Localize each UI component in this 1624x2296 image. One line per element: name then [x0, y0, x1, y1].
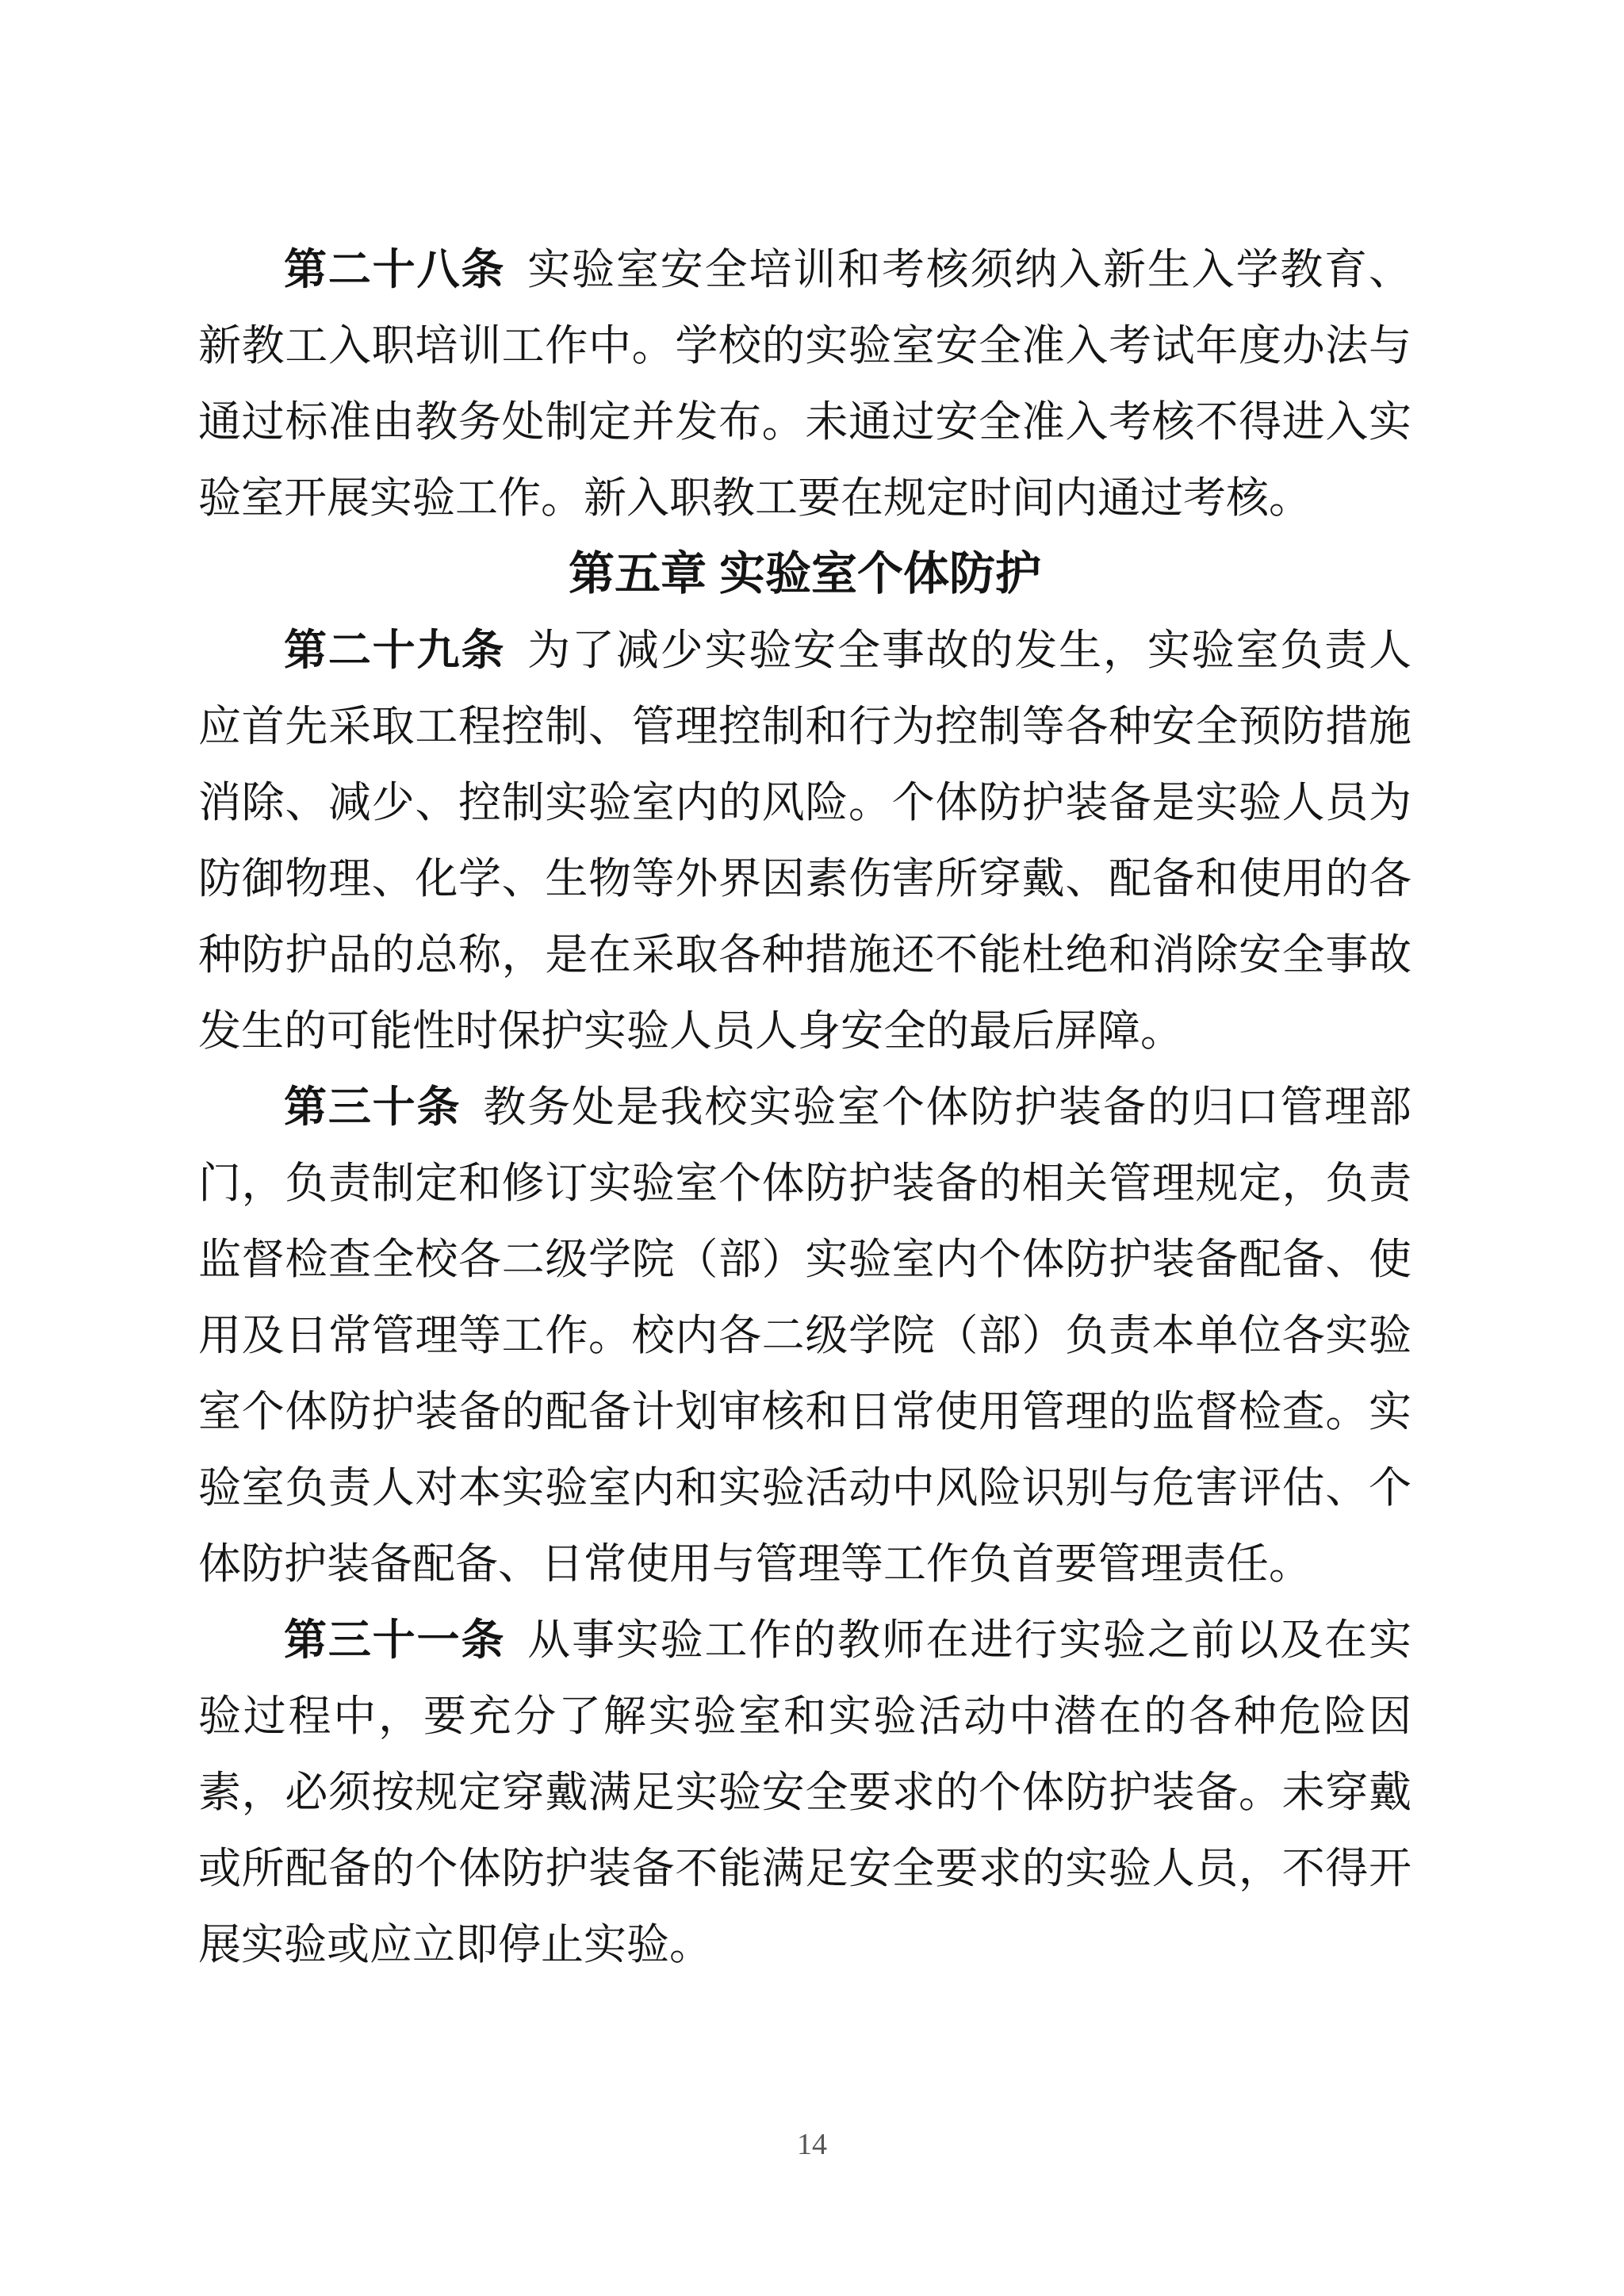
text-line: 通过标准由教务处制定并发布。未通过安全准入考核不得进入实 — [198, 384, 1411, 460]
text-line: 新教工入职培训工作中。学校的实验室安全准入考试年度办法与 — [198, 308, 1411, 384]
article-30-paragraph: 第三十条教务处是我校实验室个体防护装备的归口管理部门，负责制定和修订实验室个体防… — [198, 1069, 1411, 1602]
text-line: 用及日常管理等工作。校内各二级学院（部）负责本单位各实验 — [198, 1297, 1411, 1374]
text-line: 体防护装备配备、日常使用与管理等工作负首要管理责任。 — [198, 1526, 1411, 1602]
page-number: 14 — [797, 2128, 827, 2161]
text-line: 验过程中，要充分了解实验室和实验活动中潜在的各种危险因 — [198, 1678, 1411, 1754]
text-line: 验室负责人对本实验室内和实验活动中风险识别与危害评估、个 — [198, 1450, 1411, 1526]
text-line: 种防护品的总称，是在采取各种措施还不能杜绝和消除安全事故 — [198, 917, 1411, 993]
page-footer: 14 — [0, 2127, 1624, 2162]
text-line: 应首先采取工程控制、管理控制和行为控制等各种安全预防措施 — [198, 688, 1411, 765]
text-line: 监督检查全校各二级学院（部）实验室内个体防护装备配备、使 — [198, 1221, 1411, 1297]
article-29-paragraph: 第二十九条为了减少实验安全事故的发生，实验室负责人应首先采取工程控制、管理控制和… — [198, 612, 1411, 1069]
text-line: 发生的可能性时保护实验人员人身安全的最后屏障。 — [198, 993, 1411, 1069]
text-line: 防御物理、化学、生物等外界因素伤害所穿戴、配备和使用的各 — [198, 841, 1411, 917]
text-line: 或所配备的个体防护装备不能满足安全要求的实验人员，不得开 — [198, 1830, 1411, 1907]
text-line: 第三十一条从事实验工作的教师在进行实验之前以及在实 — [198, 1602, 1411, 1678]
text-line: 验室开展实验工作。新入职教工要在规定时间内通过考核。 — [198, 460, 1411, 536]
document-page: 第二十八条实验室安全培训和考核须纳入新生入学教育、新教工入职培训工作中。学校的实… — [0, 0, 1624, 2296]
text-line: 第三十条教务处是我校实验室个体防护装备的归口管理部 — [198, 1069, 1411, 1145]
text-line: 素，必须按规定穿戴满足实验安全要求的个体防护装备。未穿戴 — [198, 1754, 1411, 1830]
line-text: 从事实验工作的教师在进行实验之前以及在实 — [527, 1616, 1411, 1664]
article-number: 第三十一条 — [284, 1616, 505, 1664]
line-text: 为了减少实验安全事故的发生，实验室负责人 — [527, 627, 1411, 674]
text-line: 门，负责制定和修订实验室个体防护装备的相关管理规定，负责 — [198, 1145, 1411, 1221]
text-line: 消除、减少、控制实验室内的风险。个体防护装备是实验人员为 — [198, 765, 1411, 841]
text-line: 第二十八条实验室安全培训和考核须纳入新生入学教育、 — [198, 232, 1411, 308]
article-number: 第二十八条 — [284, 246, 505, 293]
text-line: 室个体防护装备的配备计划审核和日常使用管理的监督检查。实 — [198, 1374, 1411, 1450]
chapter-5-heading: 第五章 实验室个体防护 — [198, 536, 1411, 612]
article-28-paragraph: 第二十八条实验室安全培训和考核须纳入新生入学教育、新教工入职培训工作中。学校的实… — [198, 232, 1411, 536]
document-body: 第二十八条实验室安全培训和考核须纳入新生入学教育、新教工入职培训工作中。学校的实… — [198, 232, 1411, 1983]
article-number: 第三十条 — [284, 1083, 461, 1131]
line-text: 教务处是我校实验室个体防护装备的归口管理部 — [483, 1083, 1411, 1131]
text-line: 第二十九条为了减少实验安全事故的发生，实验室负责人 — [198, 612, 1411, 688]
line-text: 实验室安全培训和考核须纳入新生入学教育、 — [527, 246, 1411, 293]
text-line: 展实验或应立即停止实验。 — [198, 1907, 1411, 1983]
article-number: 第二十九条 — [284, 627, 505, 674]
article-31-paragraph: 第三十一条从事实验工作的教师在进行实验之前以及在实验过程中，要充分了解实验室和实… — [198, 1602, 1411, 1983]
